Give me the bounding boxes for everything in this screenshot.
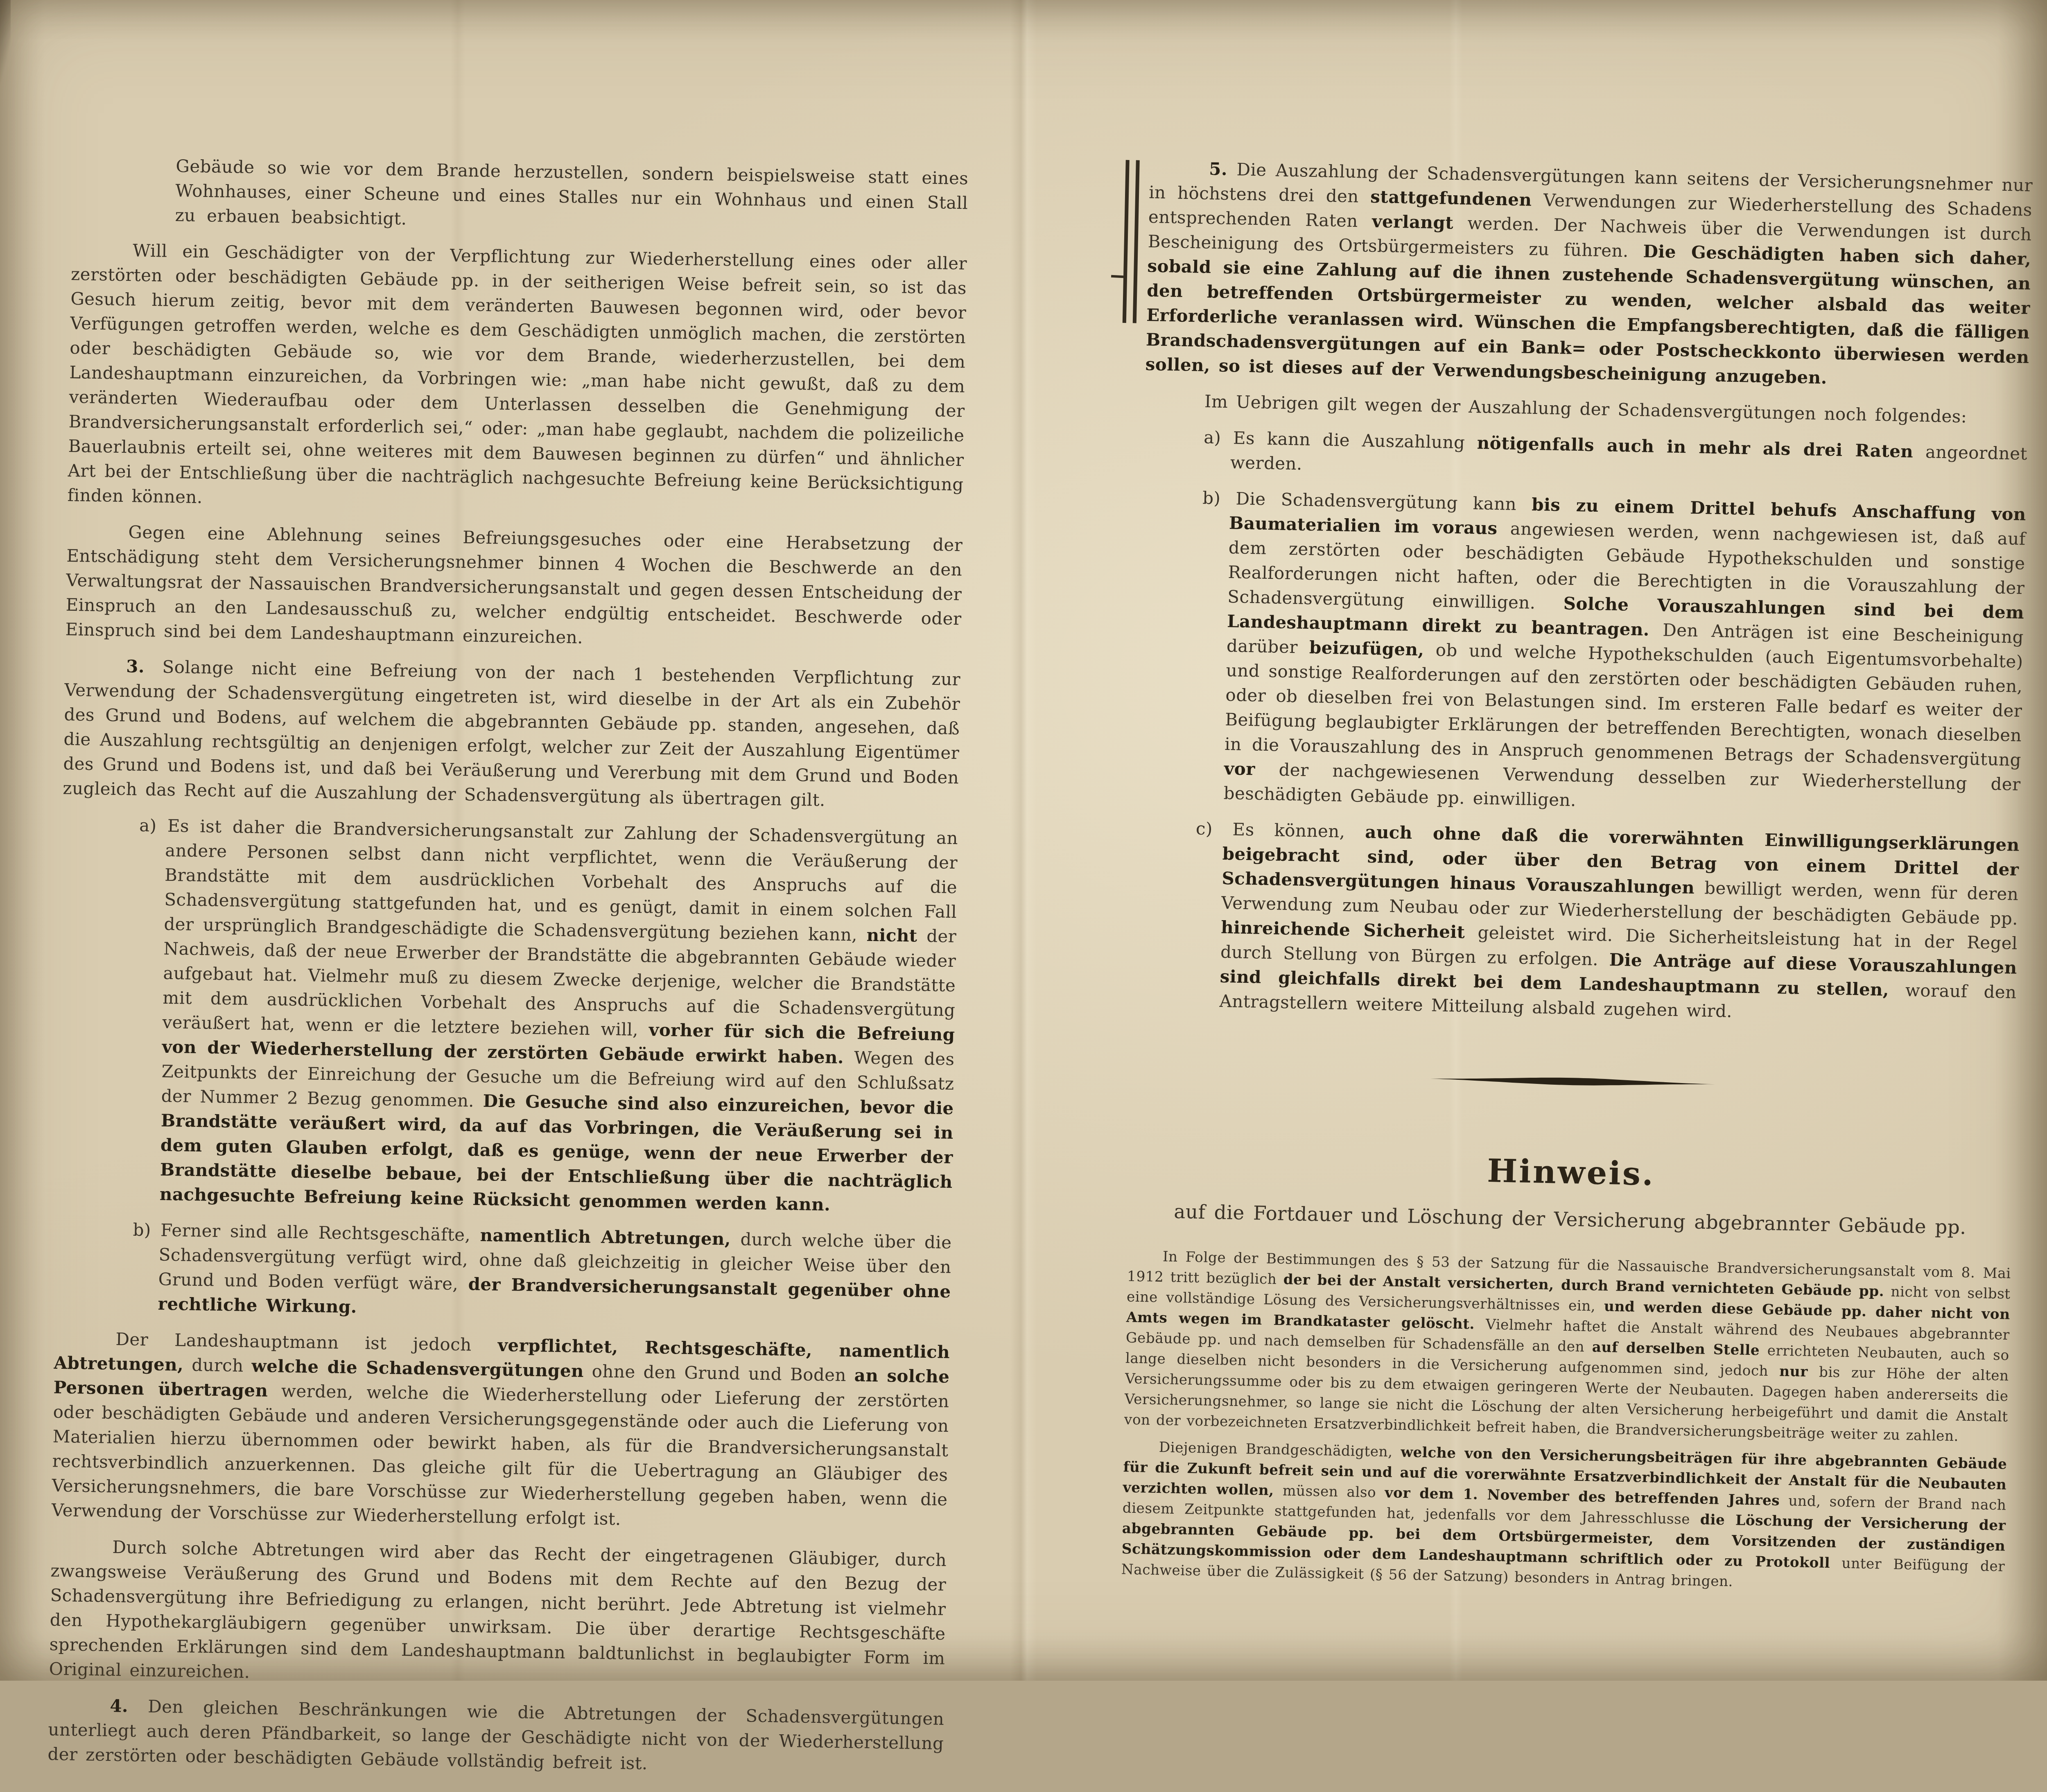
page-left: Gebäude so wie vor dem Brande herzustell… — [47, 152, 969, 1681]
page-right: 5. Die Auszahlung der Schadensvergütunge… — [1121, 156, 2033, 1604]
photo-corner-shadow — [0, 0, 11, 98]
lettered-item-c: c) Es können, auch ohne daß die vorerwäh… — [1219, 817, 2020, 1029]
numbered-item-3: 3. Solange nicht eine Befreiung von der … — [63, 653, 960, 815]
body-text: Der Landeshauptmann ist jedoch — [115, 1329, 498, 1355]
body-text: c) Es können, — [1196, 819, 1365, 842]
body-text: Diejenigen Brandgeschädigten, — [1159, 1439, 1401, 1460]
emphasized-text: beizufügen, — [1309, 637, 1424, 660]
body-text: Will ein Geschädigter von der Verpflicht… — [67, 240, 967, 507]
paragraph-landeshauptmann-pflicht: Der Landeshauptmann ist jedoch verpflich… — [51, 1326, 950, 1537]
body-text: Solange nicht eine Befreiung von der nac… — [63, 657, 960, 810]
lettered-item-b: b) Ferner sind alle Rechtsgeschäfte, nam… — [158, 1218, 952, 1329]
body-text: Im Uebrigen gilt wegen der Auszahlung de… — [1204, 391, 1967, 427]
body-text: werden, welche die Wiederherstellung ode… — [52, 1381, 949, 1529]
paragraph-glaeubigerrecht: Durch solche Abtretungen wird aber das R… — [49, 1534, 947, 1681]
notice-paragraph-2: Diejenigen Brandgeschädigten, welche von… — [1121, 1436, 2007, 1597]
body-text: Durch solche Abtretungen wird aber das R… — [49, 1537, 947, 1681]
divider-row — [1131, 1060, 2015, 1102]
continuation-paragraph: Gebäude so wie vor dem Brande herzustell… — [175, 154, 969, 240]
body-text: a) Es kann die Auszahlung — [1204, 427, 1478, 453]
paper-crease — [1010, 0, 1037, 1681]
emphasized-text: verlangt — [1372, 211, 1454, 233]
emphasized-text: Die Gesuche sind also einzureichen, bevo… — [160, 1091, 954, 1214]
emphasized-text: 3. — [126, 656, 145, 677]
emphasized-text: auf derselben Stelle — [1592, 1339, 1760, 1359]
emphasized-text: vor dem 1. November des betreffenden Jah… — [1385, 1485, 1780, 1509]
paragraph-beschwerde: Gegen eine Ablehnung seines Befreiungsge… — [65, 519, 962, 656]
notice-text: In Folge der Bestimmungen des § 53 der S… — [1121, 1246, 2011, 1597]
body-text: ob und welche Hypothekschulden (auch Eig… — [1225, 640, 2023, 770]
body-text: müssen also — [1274, 1483, 1385, 1501]
body-text: b) Ferner sind alle Rechtsgeschäfte, — [133, 1220, 480, 1245]
body-text: a) Es ist daher die Brandversicherungsan… — [139, 815, 958, 945]
body-text: durch — [183, 1355, 252, 1376]
body-text: bis zur Höhe der alten Versicherungssumm… — [1124, 1364, 2009, 1444]
emphasized-text: hinreichende Sicherheit — [1221, 917, 1465, 942]
body-text: Gebäude so wie vor dem Brande herzustell… — [175, 156, 968, 229]
swelled-rule-divider-icon — [1430, 1073, 1716, 1090]
margin-dash-mark — [1111, 275, 1123, 278]
lettered-item-a: a) Es kann die Auszahlung nötigenfalls a… — [1230, 426, 2027, 491]
emphasized-text: 5. — [1209, 159, 1228, 179]
body-text: ohne den Grund und Boden — [584, 1361, 855, 1385]
notice-paragraph-1: In Folge der Bestimmungen des § 53 der S… — [1124, 1246, 2011, 1447]
paper-sheet: Gebäude so wie vor dem Brande herzustell… — [0, 0, 2047, 1681]
emphasized-text: Die Geschädigten haben sich daher, sobal… — [1145, 241, 2031, 388]
paragraph-befreiungsgesuch: Will ein Geschädigter von der Verpflicht… — [67, 237, 967, 521]
notice-section: Hinweis. auf die Fortdauer und Löschung … — [1121, 1146, 2013, 1598]
notice-subtitle: auf die Fortdauer und Löschung der Versi… — [1128, 1199, 2012, 1240]
emphasized-text: namentlich Abtretungen, — [480, 1225, 731, 1249]
numbered-item-5: 5. Die Auszahlung der Schadensvergütunge… — [1145, 156, 2033, 394]
body-text: b) Die Schadensvergütung kann — [1202, 488, 1532, 515]
body-text: Gegen eine Ablehnung seines Befreiungsge… — [65, 522, 962, 647]
emphasized-text: stattgefundenen — [1370, 187, 1532, 210]
emphasized-text: nicht — [866, 925, 917, 946]
page-right-text: 5. Die Auszahlung der Schadensvergütunge… — [1132, 156, 2033, 1029]
emphasized-text: nur — [1779, 1363, 1808, 1380]
lettered-item-a: a) Es ist daher die Brandversicherungsan… — [160, 814, 958, 1219]
emphasized-text: nötigenfalls auch in mehr als drei Raten — [1477, 433, 1913, 461]
page-left-text: Gebäude so wie vor dem Brande herzustell… — [47, 152, 969, 1681]
lettered-item-b: b) Die Schadensvergütung kann bis zu ein… — [1223, 486, 2026, 822]
notice-title: Hinweis. — [1129, 1146, 2013, 1200]
paragraph-im-uebrigen: Im Uebrigen gilt wegen der Auszahlung de… — [1144, 388, 2028, 430]
margin-emphasis-bars — [1123, 160, 1140, 323]
emphasized-text: vor — [1224, 758, 1255, 779]
emphasized-text: welche die Schadensvergütungen — [251, 1356, 584, 1381]
